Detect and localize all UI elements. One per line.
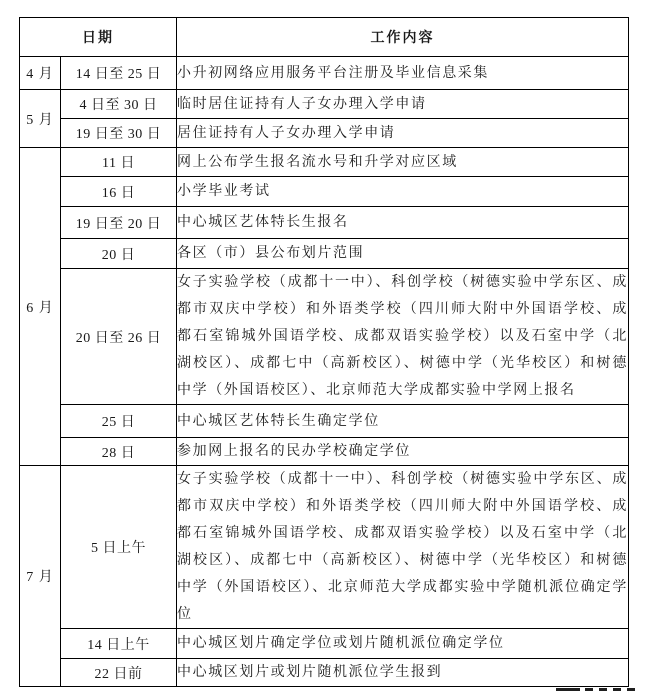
cropped-text-artifact [556, 688, 580, 691]
content-cell: 临时居住证持有人子女办理入学申请 [177, 90, 629, 119]
date-column-header: 日期 [20, 18, 177, 57]
table-row: 19 日至 30 日 居住证持有人子女办理入学申请 [20, 119, 629, 148]
table-row: 6 月 11 日 网上公布学生报名流水号和升学对应区域 [20, 148, 629, 177]
table-row: 22 日前 中心城区划片或划片随机派位学生报到 [20, 659, 629, 687]
day-cell: 11 日 [61, 148, 177, 177]
day-cell: 20 日 [61, 239, 177, 269]
day-cell: 19 日至 30 日 [61, 119, 177, 148]
month-cell-july: 7 月 [20, 466, 61, 687]
table-row: 4 月 14 日至 25 日 小升初网络应用服务平台注册及毕业信息采集 [20, 57, 629, 90]
table-row: 5 月 4 日至 30 日 临时居住证持有人子女办理入学申请 [20, 90, 629, 119]
content-cell: 中心城区划片或划片随机派位学生报到 [177, 659, 629, 687]
day-cell: 16 日 [61, 177, 177, 207]
content-cell: 小升初网络应用服务平台注册及毕业信息采集 [177, 57, 629, 90]
cropped-text-artifact [585, 688, 641, 691]
content-cell: 女子实验学校（成都十一中）、科创学校（树德实验中学东区、成都市双庆中学校）和外语… [177, 466, 629, 629]
content-column-header: 工作内容 [177, 18, 629, 57]
day-cell: 5 日上午 [61, 466, 177, 629]
month-cell-april: 4 月 [20, 57, 61, 90]
month-cell-may: 5 月 [20, 90, 61, 148]
day-cell: 4 日至 30 日 [61, 90, 177, 119]
content-cell: 中心城区艺体特长生报名 [177, 207, 629, 239]
day-cell: 19 日至 20 日 [61, 207, 177, 239]
table-row: 7 月 5 日上午 女子实验学校（成都十一中）、科创学校（树德实验中学东区、成都… [20, 466, 629, 629]
day-cell: 20 日至 26 日 [61, 269, 177, 405]
table-row: 20 日至 26 日 女子实验学校（成都十一中）、科创学校（树德实验中学东区、成… [20, 269, 629, 405]
table-row: 28 日 参加网上报名的民办学校确定学位 [20, 438, 629, 466]
day-cell: 14 日上午 [61, 629, 177, 659]
month-cell-june: 6 月 [20, 148, 61, 466]
content-cell: 各区（市）县公布划片范围 [177, 239, 629, 269]
day-cell: 14 日至 25 日 [61, 57, 177, 90]
table-row: 25 日 中心城区艺体特长生确定学位 [20, 405, 629, 438]
content-cell: 参加网上报名的民办学校确定学位 [177, 438, 629, 466]
header-row: 日期 工作内容 [20, 18, 629, 57]
schedule-table: 日期 工作内容 4 月 14 日至 25 日 小升初网络应用服务平台注册及毕业信… [19, 17, 629, 687]
content-cell: 女子实验学校（成都十一中）、科创学校（树德实验中学东区、成都市双庆中学校）和外语… [177, 269, 629, 405]
table-row: 16 日 小学毕业考试 [20, 177, 629, 207]
table-row: 19 日至 20 日 中心城区艺体特长生报名 [20, 207, 629, 239]
content-cell: 居住证持有人子女办理入学申请 [177, 119, 629, 148]
content-cell: 中心城区艺体特长生确定学位 [177, 405, 629, 438]
day-cell: 25 日 [61, 405, 177, 438]
table-row: 20 日 各区（市）县公布划片范围 [20, 239, 629, 269]
day-cell: 22 日前 [61, 659, 177, 687]
content-cell: 网上公布学生报名流水号和升学对应区域 [177, 148, 629, 177]
page: 日期 工作内容 4 月 14 日至 25 日 小升初网络应用服务平台注册及毕业信… [0, 0, 658, 698]
content-cell: 中心城区划片确定学位或划片随机派位确定学位 [177, 629, 629, 659]
table-row: 14 日上午 中心城区划片确定学位或划片随机派位确定学位 [20, 629, 629, 659]
day-cell: 28 日 [61, 438, 177, 466]
content-cell: 小学毕业考试 [177, 177, 629, 207]
